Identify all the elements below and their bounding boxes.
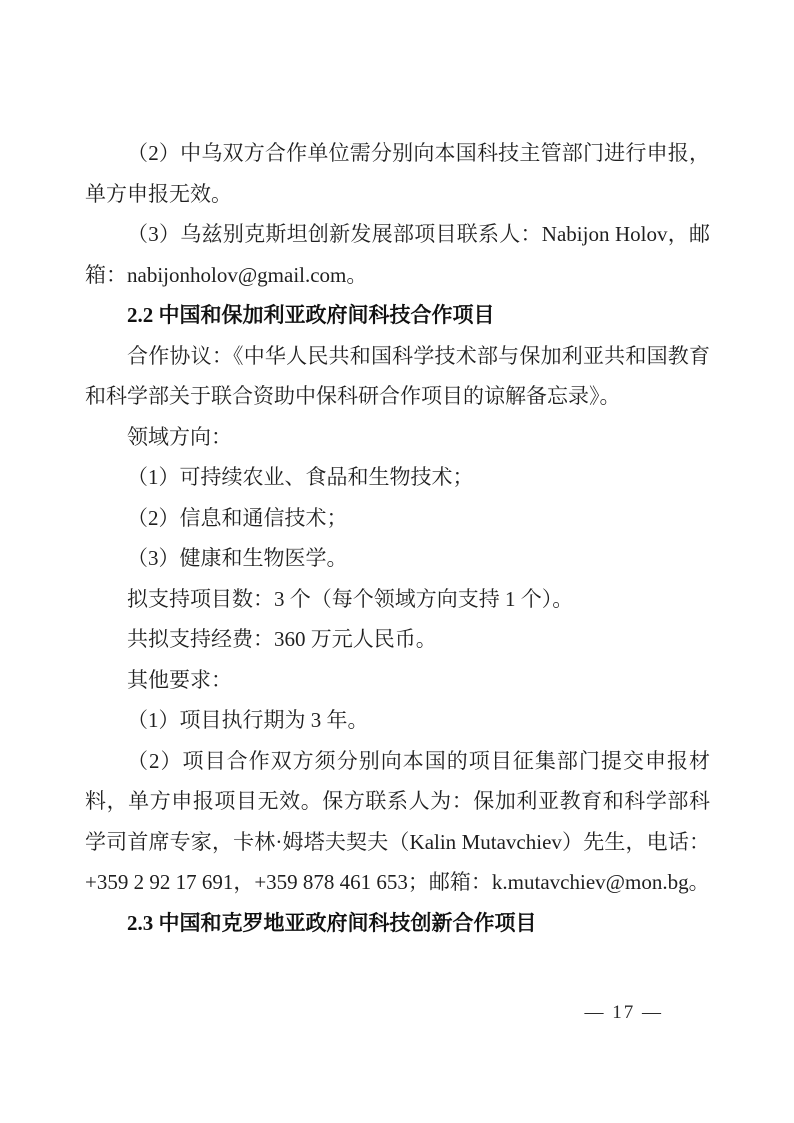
paragraph-requirement-2-contact: （2）项目合作双方须分别向本国的项目征集部门提交申报材料，单方申报项目无效。保方…: [85, 741, 710, 903]
section-heading-2-3: 2.3 中国和克罗地亚政府间科技创新合作项目: [85, 903, 710, 944]
paragraph-uz-item-2: （2）中乌双方合作单位需分别向本国科技主管部门进行申报，单方申报无效。: [85, 133, 710, 214]
paragraph-uz-item-3-contact: （3）乌兹别克斯坦创新发展部项目联系人：Nabijon Holov，邮箱：nab…: [85, 214, 710, 295]
paragraph-project-count: 拟支持项目数：3 个（每个领域方向支持 1 个）。: [85, 579, 710, 620]
paragraph-cooperation-agreement: 合作协议：《中华人民共和国科学技术部与保加利亚共和国教育和科学部关于联合资助中保…: [85, 336, 710, 417]
document-page: （2）中乌双方合作单位需分别向本国科技主管部门进行申报，单方申报无效。 （3）乌…: [0, 0, 794, 1123]
paragraph-other-requirements-label: 其他要求：: [85, 660, 710, 701]
section-heading-2-2: 2.2 中国和保加利亚政府间科技合作项目: [85, 295, 710, 336]
document-body: （2）中乌双方合作单位需分别向本国科技主管部门进行申报，单方申报无效。 （3）乌…: [85, 133, 710, 943]
paragraph-field-1: （1）可持续农业、食品和生物技术；: [85, 457, 710, 498]
paragraph-field-directions-label: 领域方向：: [85, 417, 710, 458]
page-number: — 17 —: [585, 1001, 664, 1025]
paragraph-requirement-1: （1）项目执行期为 3 年。: [85, 700, 710, 741]
paragraph-field-3: （3）健康和生物医学。: [85, 538, 710, 579]
paragraph-total-funding: 共拟支持经费：360 万元人民币。: [85, 619, 710, 660]
paragraph-field-2: （2）信息和通信技术；: [85, 498, 710, 539]
